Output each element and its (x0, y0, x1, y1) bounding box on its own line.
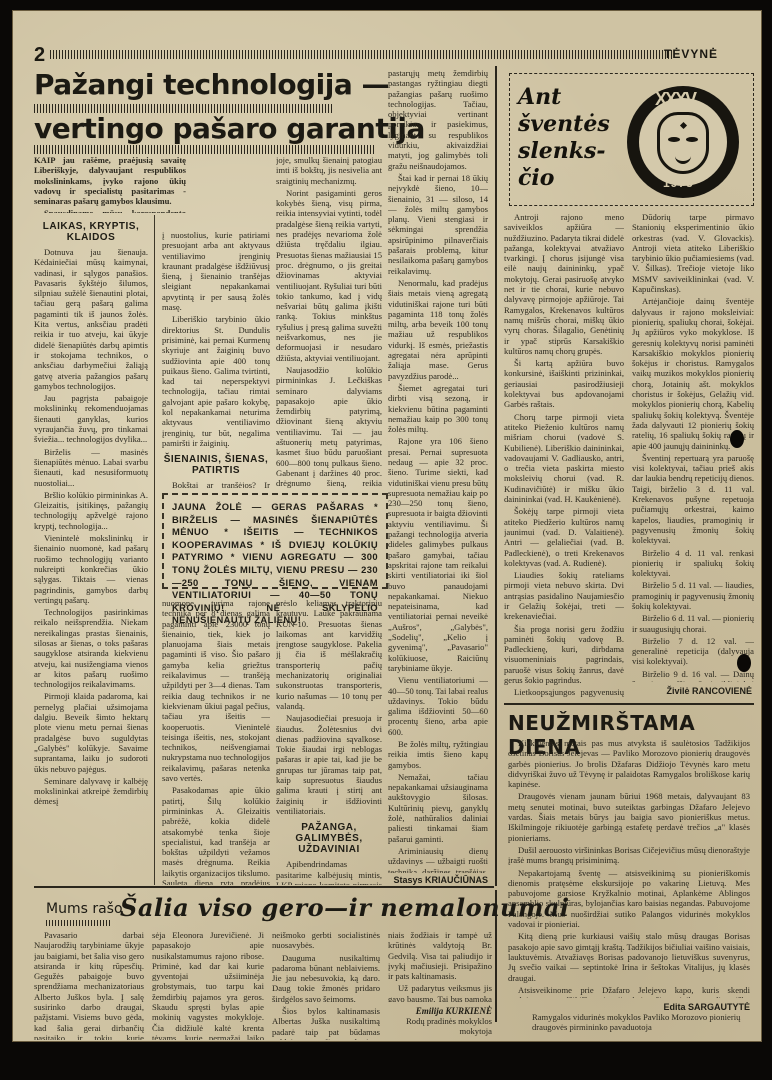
paragraph: Šiemet agregatai turi dirbti visą sezoną… (388, 383, 488, 434)
paragraph: Seminare dalyvavę ir kalbėję mokslininka… (34, 776, 148, 807)
main-column-4: pastarųjų metų žemdirbių pastangas ryžti… (388, 68, 488, 873)
letters-column-1: Pavasario darbai Naujarodžių tarybiniame… (34, 930, 144, 1040)
paragraph: pastarųjų metų žemdirbių pastangas ryžti… (388, 68, 488, 171)
masthead-rule (50, 50, 672, 59)
emblem-numeral: XXXV (655, 89, 695, 110)
section-divider (504, 703, 754, 705)
letters-headline: Šalia viso gero—ir nemalonumai (120, 893, 570, 922)
paragraph: joje, smulkų šienainį patogiau imti iš b… (276, 155, 382, 186)
paragraph: Be žolės miltų, ryžtingiau reikia imtis … (388, 739, 488, 770)
paragraph: Birželio 9 d. 16 val. — Dainų šventės pr… (632, 669, 754, 682)
paragraph: Ariminiausių dienų uždavinys — užbaigti … (388, 846, 488, 873)
paragraph: Draugovės vienam jaunam būriui 1968 meta… (508, 791, 750, 842)
article-lead: KAIP jau rašėme, praėjusią savaitę Liber… (34, 155, 186, 213)
paragraph: Dušil aerouosto viršininkas Borisas Ciče… (508, 845, 750, 866)
paragraph: Nenormalu, kad pradėjus šiais metais vie… (388, 278, 488, 381)
paragraph: Nemažai, tačiau nepakankamai užsiauginam… (388, 772, 488, 844)
paragraph: Birželio 5 d. 11 val. — liaudies, pramog… (632, 580, 754, 611)
paragraph: Liaudies šokių rateliams pirmoji vieta n… (504, 570, 624, 621)
song-festival-emblem-icon: XXXV 1975 (627, 86, 739, 198)
paragraph: Šventinį repertuarą yra paruošę visi kol… (632, 453, 754, 546)
paragraph: Ši kartą apžiūra buvo konkursinė, išaišk… (504, 358, 624, 409)
main-headline-line2: vertingo pašaro garantija (34, 112, 425, 145)
festival-title-line: Ant (518, 84, 610, 111)
paragraph: Štai kad ir pernai 18 ūkių neįvykdė šien… (388, 173, 488, 276)
paragraph: Dauguma nusikaltimų padaroma būnant nebl… (272, 953, 380, 1004)
headline-rule-2 (34, 145, 376, 154)
section-title-3: PAŽANGA, GALIMYBĖS, UŽDAVINIAI (276, 822, 382, 855)
newspaper-page: 2 TĖVYNĖ Pažangi technologija — vertingo… (12, 10, 762, 1042)
paragraph: Šios bylos kaltinamasis Albertas Juška n… (272, 1006, 380, 1040)
day-article-author-role: Ramygalos vidurinės mokyklos Pavliko Mor… (532, 1012, 742, 1036)
paragraph: Bokštai ar tranšėjos? Ir vienu, ir kitu … (162, 480, 270, 488)
festival-author: Živilė RANCOVIENĖ (632, 686, 752, 696)
column-divider (154, 215, 155, 885)
paragraph: Vienu ventiliatoriumi — 40—50 tonų. Tai … (388, 675, 488, 737)
festival-title-line: slenks- (518, 138, 610, 165)
main-article-author: Stasys KRIAUČIŪNAS (342, 875, 488, 885)
paragraph: Dūdorių tarpe pirmavo Stanionių eksperim… (632, 212, 754, 294)
paragraph: niais žodžiais ir tampė už krūtinės vald… (388, 930, 492, 981)
day-article-body: Kiekvienais metais pas mus atvyksta iš s… (508, 738, 750, 998)
main-column-1: LAIKAS, KRYPTIS, KLAIDOS Dotnuva jau šie… (34, 215, 148, 885)
paragraph: Birželio 7 d. 12 val. — generalinė repet… (632, 636, 754, 667)
paragraph: Atsisveikinome prie Džafaro Jelejevo kap… (508, 985, 750, 998)
paragraph: Liberiškio tarybinio ūkio direktorius St… (162, 314, 270, 448)
main-column-3: joje, smulkų šienainį patogiau imti iš b… (276, 155, 382, 488)
paragraph: Birželis — masinės šienapiūtės mėnuo. La… (34, 447, 148, 488)
letters-kicker: Mums rašo (46, 901, 123, 917)
paragraph: Pasakodamas apie ūkio patirtį, Šilų kolū… (162, 785, 270, 885)
paragraph: Chorų tarpe pirmoji vieta atiteko Piežen… (504, 412, 624, 505)
paragraph: Antroji rajono meno saviveiklos apžiūra … (504, 212, 624, 356)
paragraph: Dotnuva jau šienauja. Kėdainiečiai mūsų … (34, 247, 148, 391)
section-divider (34, 886, 494, 888)
emblem-face-icon (657, 112, 709, 174)
paragraph: nuomone, turima rajone technika per 8 di… (162, 598, 270, 783)
day-article-author: Edita SARGAUTYTĖ (572, 1002, 750, 1012)
binding-hole (737, 654, 751, 672)
paragraph: Lietkoopsąjungos pagyvenusių žmonių šoki… (504, 687, 624, 700)
letters-author: Emilija KURKIENĖ (388, 1006, 492, 1016)
paragraph: Naujasodiečiai presuoja ir šiaudus. Žolė… (276, 713, 382, 816)
festival-header-box: Ant šventės slenks- čio XXXV 1975 (509, 73, 754, 206)
emblem-gem (680, 122, 687, 129)
emblem-mouth (675, 155, 691, 164)
paragraph: Šia proga norisi geru žodžiu paminėti šo… (504, 624, 624, 686)
letters-author-role: Rodų pradinės mokyklos mokytoja (402, 1016, 492, 1038)
paragraph: į nuostolius, kurie patiriami presuojant… (162, 230, 270, 312)
paragraph: Kiekvienais metais pas mus atvyksta iš s… (508, 738, 750, 789)
paragraph: sėja Eleonora Jurevičienė. Ji papasakojo… (152, 930, 264, 1040)
newspaper-name: TĖVYNĖ (664, 47, 718, 61)
paragraph: Pirmoji klaida padaroma, kai pernelyg pl… (34, 691, 148, 773)
paragraph: Norint pasigaminti geros kokybės šieną, … (276, 188, 382, 363)
column-divider (495, 66, 497, 886)
letters-column-4: niais žodžiais ir tampė už krūtinės vald… (388, 930, 492, 1002)
lead-text: KAIP jau rašėme, praėjusią savaitę Liber… (34, 155, 186, 206)
emblem-eye (686, 137, 698, 142)
lead-text-2: Spausdiname mūsų korespondento pastabas. (34, 208, 186, 213)
paragraph: Naujasodžio kolūkio pirmininkas J. Lečki… (276, 365, 382, 488)
paragraph: Jau pagrįsta pabaigoje mokslininkų rekom… (34, 393, 148, 444)
paragraph: Bršlio kolūkio pirmininkas A. Gleizaitis… (34, 490, 148, 531)
main-column-2-bottom: nuomone, turima rajone technika per 8 di… (162, 598, 270, 885)
festival-title-line: čio (518, 165, 610, 192)
paragraph: prėslo keliamas traktoriniu krautuvu. La… (276, 598, 382, 711)
letters-column-2: sėja Eleonora Jurevičienė. Ji papasakojo… (152, 930, 264, 1040)
page-number: 2 (34, 44, 45, 67)
paragraph: Pavasario darbai Naujarodžių tarybiniame… (34, 930, 144, 1040)
paragraph: Birželio 4 d. 11 val. renkasi pionierių … (632, 548, 754, 579)
section-title-1: LAIKAS, KRYPTIS, KLAIDOS (34, 221, 148, 243)
paragraph: Už padarytus veiksmus jis gavo bausmę. T… (388, 983, 492, 1002)
emblem-eye (668, 137, 680, 142)
festival-title: Ant šventės slenks- čio (518, 84, 610, 192)
paragraph: Technologijos pasirinkimas reikalo neišs… (34, 607, 148, 689)
section-title-2: ŠIENAINIS, ŠIENAS, PATIRTIS (162, 454, 270, 476)
binding-hole (730, 430, 744, 448)
paragraph: neišmoko gerbti socialistinės nuosavybės… (272, 930, 380, 951)
festival-column-1: Antroji rajono meno saviveiklos apžiūra … (504, 212, 624, 700)
highlight-box: JAUNA ŽOLĖ — GERAS PAŠARAS * BIRŽELIS — … (162, 493, 388, 589)
main-headline-line1: Pažangi technologija — (34, 68, 389, 101)
paragraph: Artėjančioje dainų šventėje dalyvaus ir … (632, 296, 754, 450)
paragraph: Birželio 6 d. 11 val. — pionierių ir sua… (632, 613, 754, 634)
paragraph: Kitą dieną prie kurkiausi vaišių stalo m… (508, 931, 750, 982)
paragraph: Šokėjų tarpe pirmoji vieta atiteko Piedž… (504, 506, 624, 568)
festival-title-line: šventės (518, 111, 610, 138)
paragraph: Vienintelė mokslininkų ir šienainio nuom… (34, 533, 148, 605)
main-column-3-bottom: prėslo keliamas traktoriniu krautuvu. La… (276, 598, 382, 885)
emblem-year: 1975 (663, 176, 694, 190)
letters-column-3: neišmoko gerbti socialistinės nuosavybės… (272, 930, 380, 1040)
kicker-rule (46, 920, 112, 926)
main-column-2: į nuostolius, kurie patiriami presuojant… (162, 230, 270, 488)
paragraph: Rajone yra 106 šieno presai. Pernai supr… (388, 436, 488, 673)
